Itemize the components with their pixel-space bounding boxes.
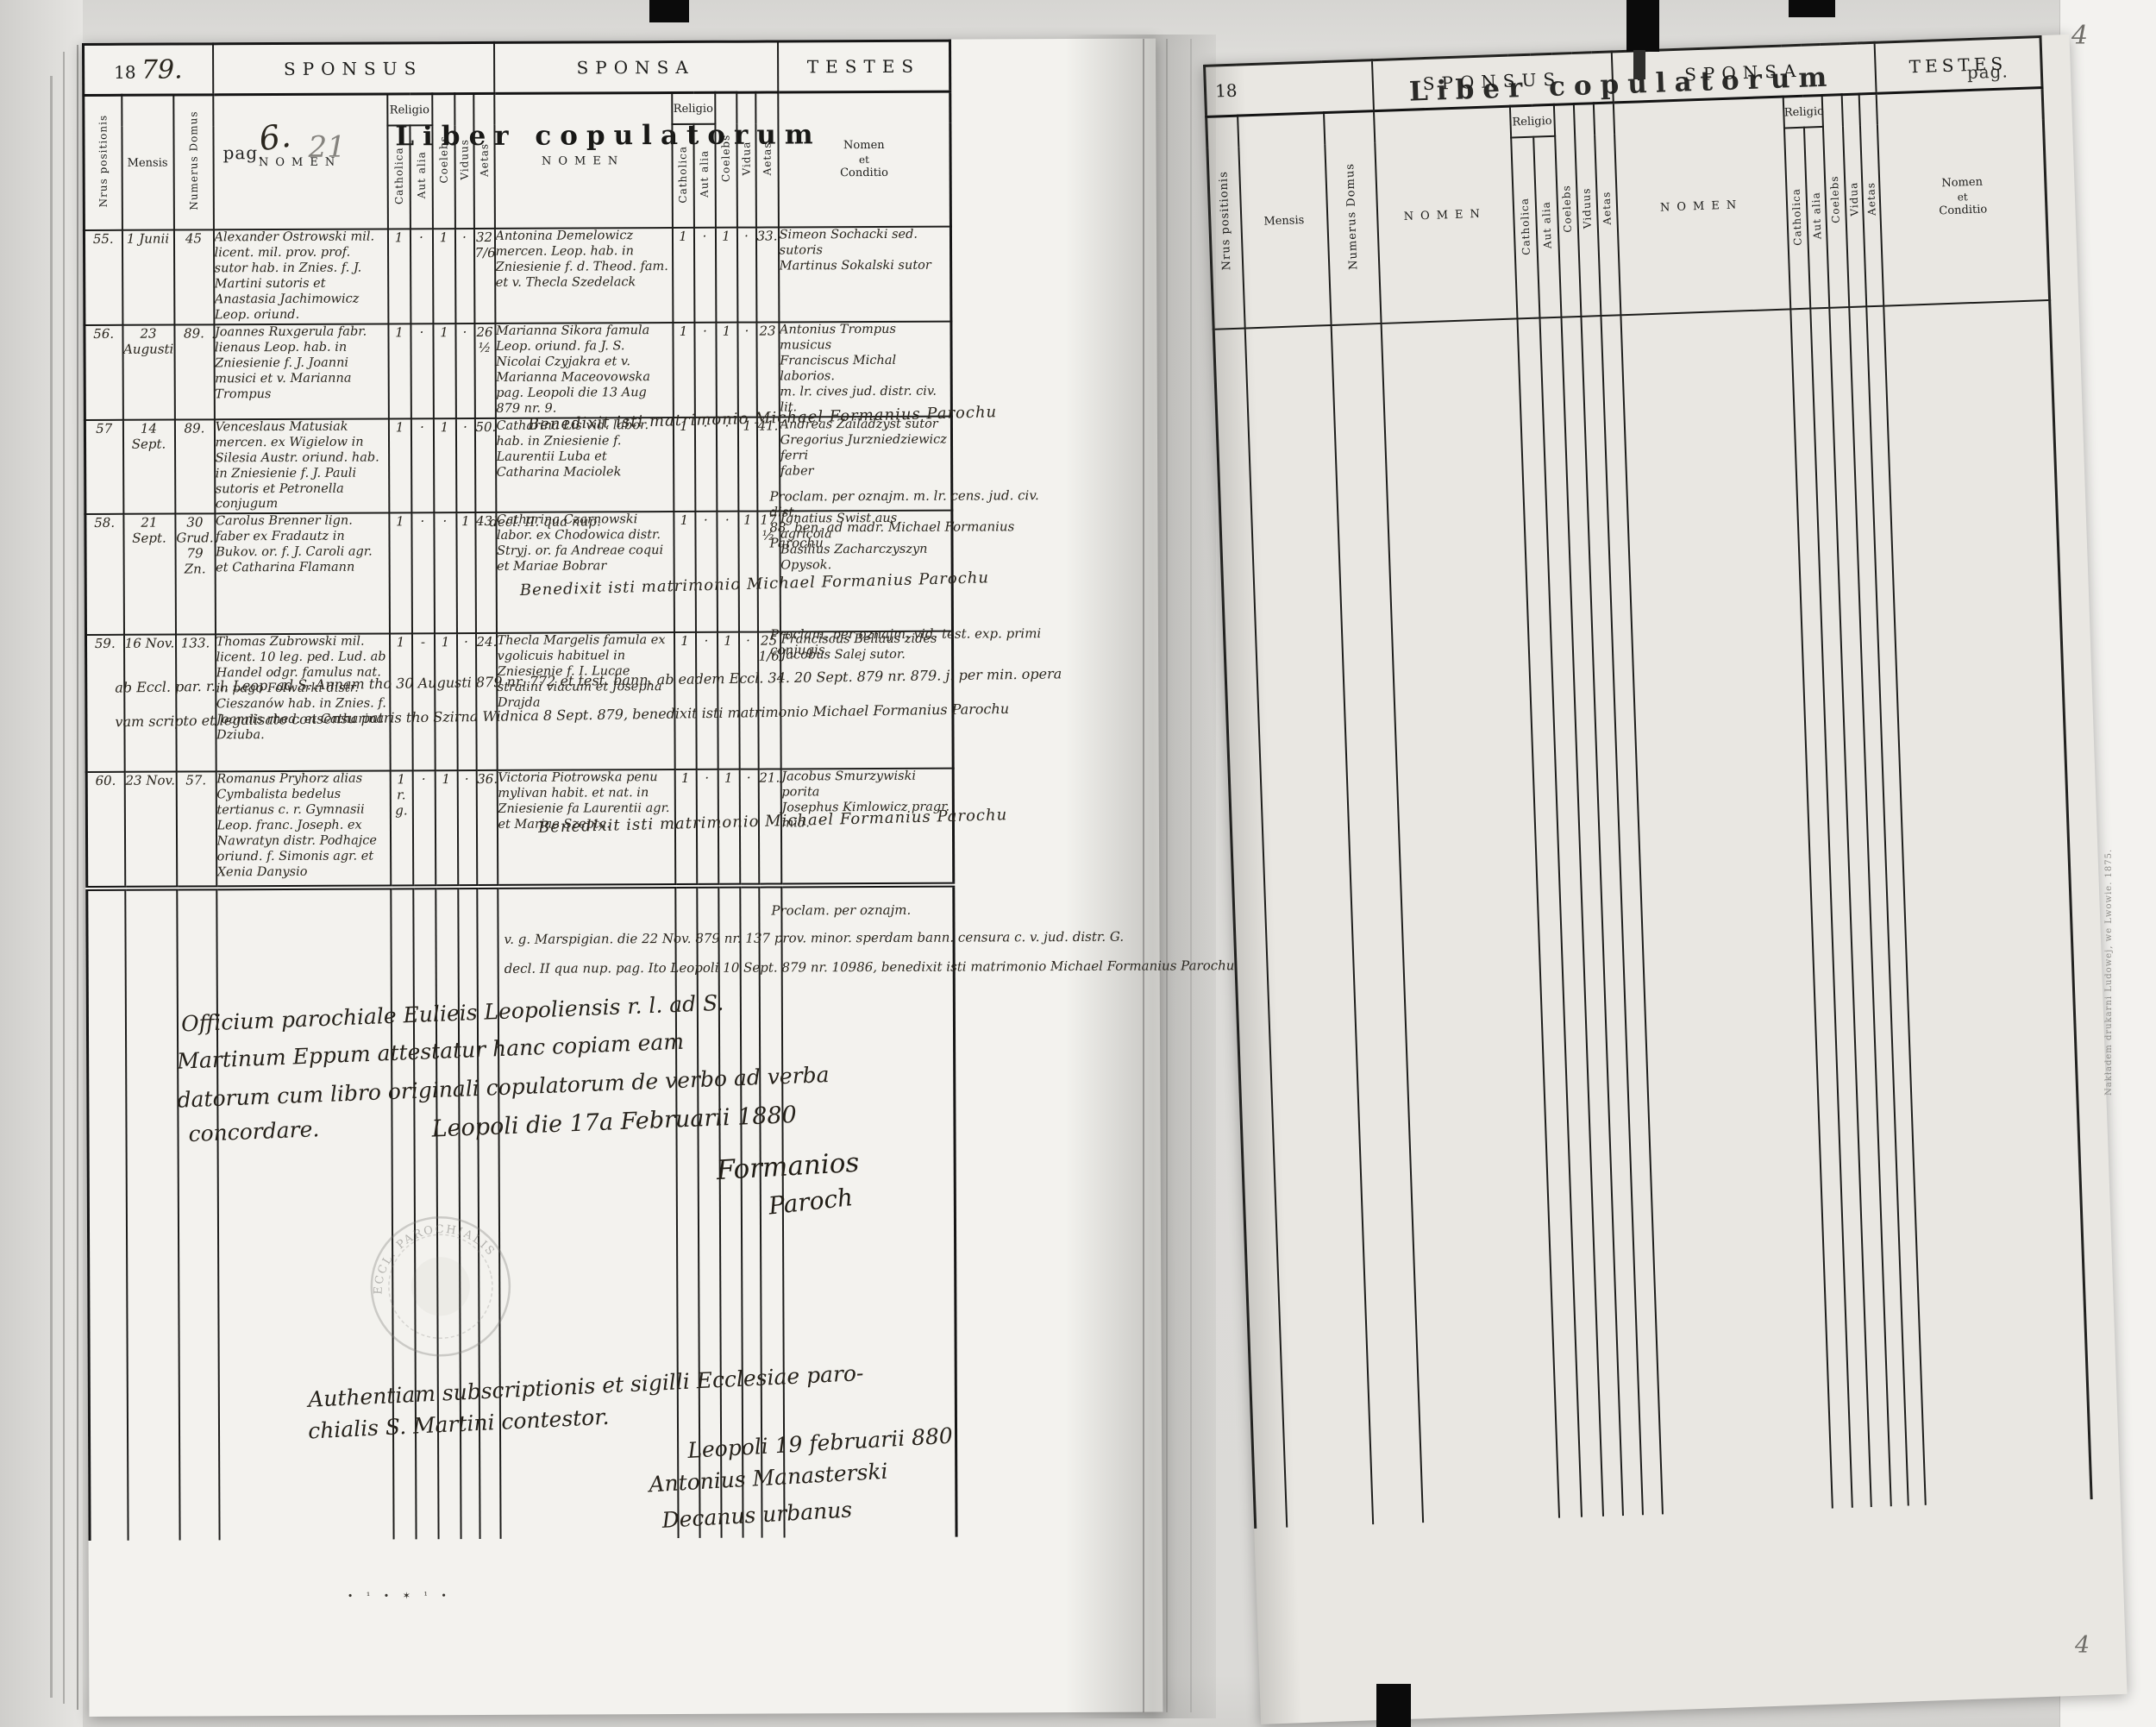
year-header: 18 79. — [84, 44, 213, 96]
mark-cell: 1 — [674, 632, 696, 769]
margin-note: decl. II. qua nup. — [489, 513, 600, 530]
mark-cell: 1 — [434, 634, 457, 771]
sponsus-section-header: SPONSUS — [1371, 52, 1613, 111]
sponsus-section-header: SPONSUS — [213, 42, 494, 94]
mark-cell: · — [454, 229, 473, 323]
binding-clip-mark — [1376, 1684, 1411, 1727]
mark-cell: 1 — [388, 323, 411, 418]
testes-section-header: TESTES — [778, 41, 950, 92]
col-header-sponsus-nomen: NOMEN — [1374, 106, 1518, 323]
mark-cell: · — [412, 771, 436, 888]
corner-page-number-top: 4 — [2071, 21, 2088, 51]
col-header-numerus-domus: Numerus Domus — [1324, 111, 1382, 325]
parish-stamp: ECCL. PAROCHIALIS — [350, 1196, 531, 1380]
mark-cell: 1 — [435, 771, 458, 888]
mark-cell: · — [695, 512, 718, 632]
mark-cell: · — [455, 418, 474, 513]
mark-cell: 1 — [738, 512, 758, 632]
printer-imprint: Nakładem drukarni Ludowej, we Lwowie. 18… — [2104, 802, 2114, 1096]
month-cell: 21 Sept. — [123, 514, 176, 635]
mark-cell: 1 — [674, 512, 696, 632]
page-edge-line — [50, 76, 53, 1698]
empty-continuation-row — [1213, 300, 2091, 1529]
groom-name-cell: Carolus Brenner lign. faber ex Fradautz … — [215, 513, 390, 635]
stacked-page-edges — [0, 0, 83, 1727]
mark-cell: · — [738, 632, 758, 769]
row-number-cell: 55. — [84, 230, 122, 325]
margin-note: Proclam. per oznajm. — [771, 902, 911, 919]
gutter-fold-line — [1143, 39, 1144, 1712]
col-header-sponsa-religio: Religio — [672, 92, 715, 124]
row-number-cell: 60. — [86, 772, 125, 889]
mark-cell: · — [694, 323, 716, 418]
row-number-cell: 59. — [85, 635, 124, 772]
age-cell: 24. — [475, 633, 497, 770]
col-header-sponsus-catholica: Catholica — [387, 125, 411, 229]
mark-cell: 1 — [389, 634, 412, 771]
month-cell: 1 Junii — [122, 230, 173, 325]
col-header-sponsa-aut-alia: Aut alia — [693, 124, 716, 228]
house-number-cell: 45 — [173, 229, 213, 324]
page-edge-line — [63, 52, 65, 1704]
bride-name-cell: Catharina Czarnowski labor. ex Chodowica… — [496, 512, 674, 633]
groom-name-cell: Venceslaus Matusiak mercen. ex Wigielow … — [214, 418, 388, 514]
marriage-register-table-empty: 18 SPONSUS SPONSA TESTES Nrus positionis… — [1203, 35, 2093, 1529]
house-number-cell: 89. — [174, 419, 214, 514]
bride-name-cell: Thecla Margelis famula ex vgolicuis habi… — [496, 632, 674, 770]
witnesses-cell: Antonius Trompus musicus Franciscus Mich… — [779, 321, 951, 417]
row-number-cell: 58. — [85, 514, 124, 635]
house-number-cell: 57. — [176, 772, 216, 889]
col-header-sponsus-viduus: Viduus — [454, 94, 474, 229]
mark-cell: · — [456, 633, 476, 770]
mark-cell: · — [411, 323, 433, 418]
col-header-testes-nomen-conditio: Nomen et Conditio — [1876, 88, 2049, 306]
col-header-sponsa-nomen: NOMEN — [1613, 97, 1789, 315]
age-cell: 36. — [476, 770, 498, 887]
gutter-fold-line — [1166, 39, 1168, 1712]
mark-cell: · — [411, 418, 433, 513]
age-cell: 43. — [475, 512, 497, 633]
house-number-cell: 30 Grud. 79 Zn. — [175, 514, 216, 635]
row-number-cell: 56. — [85, 325, 122, 420]
mark-cell: 1 — [456, 512, 476, 633]
month-cell: 16 Nov. — [123, 635, 176, 772]
col-header-sponsus-religio: Religio — [1509, 104, 1554, 137]
mark-cell: 1 r. g. — [390, 771, 413, 888]
mark-cell: 1 — [433, 418, 455, 513]
mark-cell: 1 — [673, 323, 694, 418]
sponsa-section-header: SPONSA — [494, 41, 778, 93]
margin-note: Proclam. per oznajm. vid. test. exp. pri… — [770, 625, 1055, 657]
col-header-sponsa-aetas: Aetas — [755, 92, 779, 228]
binding-clip-mark — [1633, 50, 1645, 79]
corner-page-number-bottom: 4 — [2075, 1632, 2090, 1659]
col-header-numerus-domus: Numerus Domus — [173, 95, 214, 230]
age-cell: 50. — [474, 418, 495, 513]
groom-name-cell: Thomas Zubrowski mil. licent. 10 leg. pe… — [215, 634, 390, 772]
col-header-sponsa-religio: Religio — [1783, 95, 1822, 128]
groom-name-cell: Alexander Ostrowski mil. licent. mil. pr… — [213, 229, 387, 324]
mark-cell: · — [717, 512, 739, 632]
register-row-55: 55. 1 Junii 45 Alexander Ostrowski mil. … — [84, 227, 951, 325]
mark-cell: · — [737, 322, 756, 417]
margin-note: v. g. Marspigian. die 22 Nov. 879 nr. 13… — [504, 929, 1124, 947]
month-cell: 23 Nov. — [124, 772, 177, 889]
mark-cell: 1 — [737, 417, 756, 512]
bride-name-cell: Marianna Sikora famula Leop. oriund. fa … — [495, 323, 673, 418]
mark-cell: 1 — [716, 322, 737, 417]
stitch-marks: • ¹ • ✶ ¹ • — [348, 1590, 452, 1602]
groom-name-cell: Romanus Pryhorz alias Cymbalista bedelus… — [216, 771, 391, 889]
mark-cell: · — [411, 513, 435, 634]
mark-cell: 1 — [389, 513, 412, 634]
col-header-sponsa-vidua: Vidua — [736, 92, 756, 228]
mark-cell: 1 — [715, 228, 736, 323]
book-scan: pag. 6. 21 Liber copulatorum 18 79. SPON… — [0, 0, 2156, 1727]
mark-cell: · — [455, 323, 474, 418]
mark-cell: 1 — [673, 418, 694, 512]
year-handwritten: 79. — [141, 54, 183, 85]
mark-cell: · — [736, 228, 755, 323]
mark-cell: 1 — [388, 418, 411, 513]
year-header: 18 — [1205, 60, 1374, 117]
right-page: Liber copulatorum pag. 18 SPONSUS SPONSA… — [1203, 35, 2128, 1724]
mark-cell: · — [434, 513, 457, 634]
groom-name-cell: Joannes Ruxgerula fabr. lienaus Leop. ha… — [214, 323, 388, 419]
month-cell: 14 Sept. — [122, 419, 174, 514]
testes-section-header: TESTES — [1874, 37, 2042, 94]
col-header-nrus: Nrus positionis — [84, 95, 122, 230]
age-cell: 33. — [755, 227, 779, 322]
house-number-cell: 133. — [175, 635, 216, 772]
certification-line: concordare. — [188, 1116, 320, 1146]
col-header-sponsus-aetas: Aetas — [473, 93, 495, 229]
bride-name-cell: Antonina Demelowicz mercen. Leop. hab. i… — [494, 228, 672, 323]
mark-cell: - — [411, 634, 435, 771]
left-page: pag. 6. 21 Liber copulatorum 18 79. SPON… — [82, 39, 1163, 1717]
binding-clip-mark — [1626, 0, 1659, 52]
row-number-cell: 57 — [85, 419, 122, 514]
month-cell: 23 Augusti — [122, 324, 174, 419]
col-header-testes-nomen-conditio: Nomen et Conditio — [778, 91, 951, 227]
margin-note: Proclam. per oznajm. m. lr. cens. jud. c… — [769, 487, 1054, 550]
col-header-sponsa-catholica: Catholica — [672, 124, 694, 228]
mark-cell: · — [693, 228, 715, 323]
col-header-mensis: Mensis — [122, 95, 174, 230]
mark-cell: · — [410, 229, 432, 323]
col-header-sponsa-coelebs: Coelebs — [715, 92, 737, 228]
col-header-mensis: Mensis — [1238, 113, 1332, 329]
year-prefix: 18 — [114, 61, 136, 82]
margin-note: decl. II qua nup. pag. Ito Leopoli 10 Se… — [505, 958, 1235, 977]
col-header-sponsus-nomen: NOMEN — [213, 94, 388, 229]
page-edge-line — [77, 45, 78, 1710]
binding-clip-mark — [649, 0, 689, 22]
mark-cell: 1 — [387, 229, 410, 323]
mark-cell: · — [457, 770, 477, 887]
age-cell: 32 7/6 — [473, 229, 494, 323]
house-number-cell: 89. — [174, 324, 214, 419]
col-header-sponsa-nomen: NOMEN — [494, 93, 673, 229]
age-cell: 23 — [756, 322, 780, 417]
gutter-fold-line — [1190, 39, 1192, 1712]
col-header-sponsus-aut-alia: Aut alia — [410, 125, 433, 229]
mark-cell: 1 — [717, 632, 739, 769]
mark-cell: 1 — [433, 323, 455, 418]
binding-clip-mark — [1789, 0, 1835, 17]
register-row-56: 56. 23 Augusti 89. Joannes Ruxgerula fab… — [85, 321, 952, 419]
age-cell: 26 ½ — [474, 323, 495, 418]
mark-cell: 1 — [432, 229, 454, 323]
col-header-sponsus-coelebs: Coelebs — [432, 94, 455, 229]
witnesses-cell: Simeon Sochacki sed. sutoris Martinus So… — [779, 227, 951, 323]
mark-cell: 1 — [672, 228, 693, 323]
col-header-sponsus-religio: Religio — [387, 94, 432, 126]
mark-cell: · — [695, 632, 718, 769]
mark-cell: · — [716, 417, 737, 512]
mark-cell: · — [694, 417, 716, 512]
